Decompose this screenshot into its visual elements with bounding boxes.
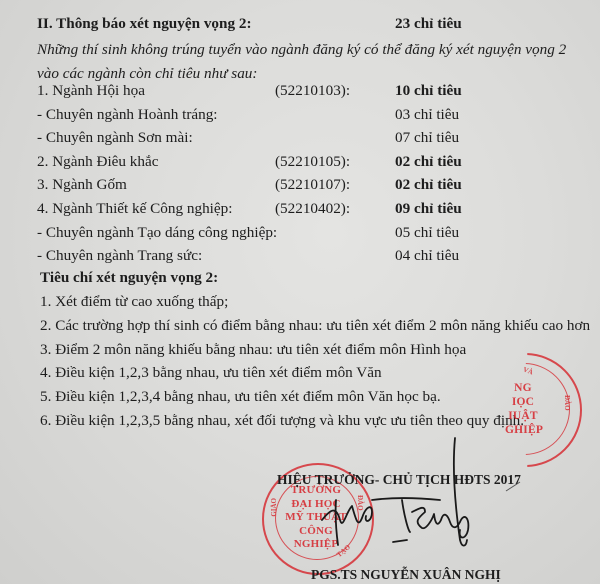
major-quota: 10 chỉ tiêu	[395, 82, 462, 100]
stamp-main-text: TRƯỜNG ĐẠI HỌC MỸ THUẬT CÔNG NGHIỆP	[278, 484, 354, 552]
major-quota: 07 chỉ tiêu	[395, 129, 459, 147]
major-label: 1. Ngành Hội họa	[37, 82, 145, 100]
major-quota: 03 chỉ tiêu	[395, 106, 459, 124]
major-code: (52210402):	[275, 200, 350, 218]
section-title: II. Thông báo xét nguyện vọng 2:	[37, 15, 252, 33]
major-label: - Chuyên ngành Hoành tráng:	[37, 106, 218, 124]
major-code: (52210105):	[275, 153, 350, 171]
major-label: - Chuyên ngành Trang sức:	[37, 247, 202, 265]
major-label: - Chuyên ngành Sơn mài:	[37, 129, 193, 147]
major-label: 3. Ngành Gốm	[37, 176, 127, 194]
criteria-title: Tiêu chí xét nguyện vọng 2:	[40, 269, 218, 287]
criteria-item: 6. Điều kiện 1,2,3,5 bằng nhau, xét đối …	[40, 412, 524, 430]
major-label: 4. Ngành Thiết kế Công nghiệp:	[37, 200, 232, 218]
document-page: II. Thông báo xét nguyện vọng 2: 23 chỉ …	[0, 0, 600, 584]
signer-name: PGS.TS NGUYỄN XUÂN NGHỊ	[311, 566, 501, 584]
major-quota: 05 chỉ tiêu	[395, 224, 459, 242]
total-quota: 23 chỉ tiêu	[395, 15, 462, 33]
stamp-ring-text-right-main: ĐÀO	[356, 495, 364, 511]
major-label: 2. Ngành Điêu khắc	[37, 153, 158, 171]
stamp-partial-text: NG IỌC IUẬT GHIỆP	[505, 381, 541, 437]
major-label: - Chuyên ngành Tạo dáng công nghiệp:	[37, 224, 277, 242]
criteria-item: 4. Điều kiện 1,2,3 bằng nhau, ưu tiên xé…	[40, 364, 382, 382]
major-quota: 04 chỉ tiêu	[395, 247, 459, 265]
intro-text-line2: vào các ngành còn chỉ tiêu như sau:	[37, 65, 257, 83]
stamp-ring-text-left: GIÁO	[270, 498, 278, 517]
criteria-item: 1. Xét điểm từ cao xuống thấp;	[40, 293, 228, 311]
major-quota: 02 chỉ tiêu	[395, 176, 462, 194]
major-quota: 09 chỉ tiêu	[395, 200, 462, 218]
criteria-item: 3. Điểm 2 môn năng khiếu bằng nhau: ưu t…	[40, 341, 466, 359]
signer-position: HIỆU TRƯỞNG- CHỦ TỊCH HĐTS 2017	[277, 471, 521, 489]
major-quota: 02 chỉ tiêu	[395, 153, 462, 171]
intro-text-line1: Những thí sinh không trúng tuyển vào ngà…	[37, 41, 566, 59]
criteria-item: 5. Điều kiện 1,2,3,4 bằng nhau, ưu tiên …	[40, 388, 441, 406]
criteria-item: 2. Các trường hợp thí sinh có điểm bằng …	[40, 317, 590, 335]
major-code: (52210103):	[275, 82, 350, 100]
stamp-ring-text-right: ĐÀO	[563, 395, 571, 411]
major-code: (52210107):	[275, 176, 350, 194]
